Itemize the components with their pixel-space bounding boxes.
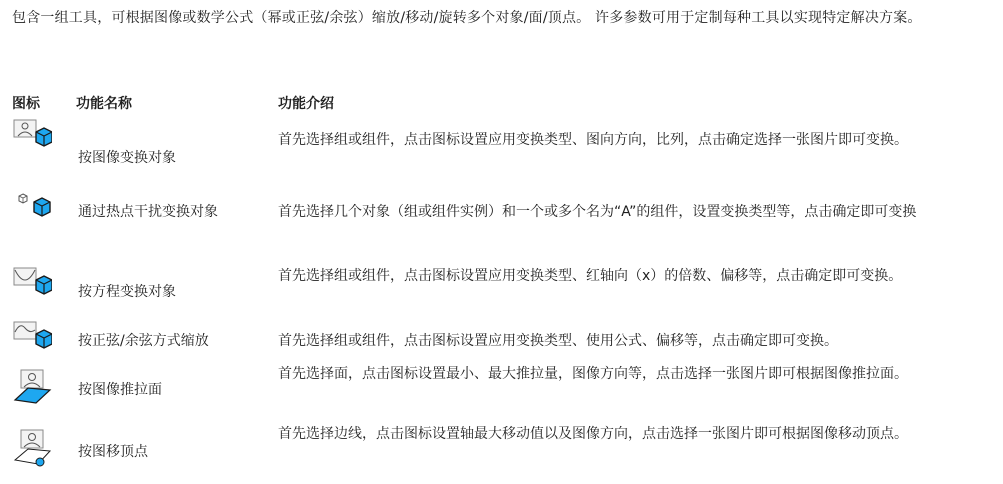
sine-cosine-scale-icon: [12, 320, 52, 356]
tool-name: 按图移顶点: [78, 442, 148, 462]
equation-transform-object-icon: [12, 266, 52, 302]
tool-description: 首先选择组或组件，点击图标设置应用变换类型、图向方向，比列，点击确定选择一张图片…: [278, 126, 990, 154]
tool-name: 通过热点干扰变换对象: [78, 202, 218, 222]
image-transform-object-icon: [12, 118, 52, 154]
tool-description: 首先选择组或组件，点击图标设置应用变换类型、使用公式、偏移等，点击确定即可变换。: [278, 327, 990, 355]
intro-paragraph: 包含一组工具，可根据图像或数学公式（幂或正弦/余弦）缩放/移动/旋转多个对象/面…: [12, 4, 992, 32]
image-move-vertex-icon: [12, 428, 52, 464]
tool-description: 首先选择几个对象（组或组件实例）和一个或多个名为“A”的组件，设置变换类型等，点…: [278, 198, 990, 226]
image-pushpull-face-icon: [12, 368, 52, 404]
tool-description: 首先选择组或组件，点击图标设置应用变换类型、红轴向（x）的倍数、偏移等，点击确定…: [278, 262, 990, 290]
hotspot-transform-object-icon: [12, 192, 52, 228]
tool-description: 首先选择面，点击图标设置最小、最大推拉量，图像方向等，点击选择一张图片即可根据图…: [278, 360, 990, 388]
tool-name: 按方程变换对象: [78, 282, 176, 302]
tool-name: 按图像推拉面: [78, 380, 162, 400]
column-header-icon: 图标: [12, 94, 40, 114]
tool-name: 按正弦/余弦方式缩放: [78, 331, 209, 351]
column-header-name: 功能名称: [76, 94, 132, 114]
column-header-description: 功能介绍: [278, 94, 334, 114]
tool-name: 按图像变换对象: [78, 148, 176, 168]
tool-description: 首先选择边线，点击图标设置轴最大移动值以及图像方向，点击选择一张图片即可根据图像…: [278, 420, 990, 448]
